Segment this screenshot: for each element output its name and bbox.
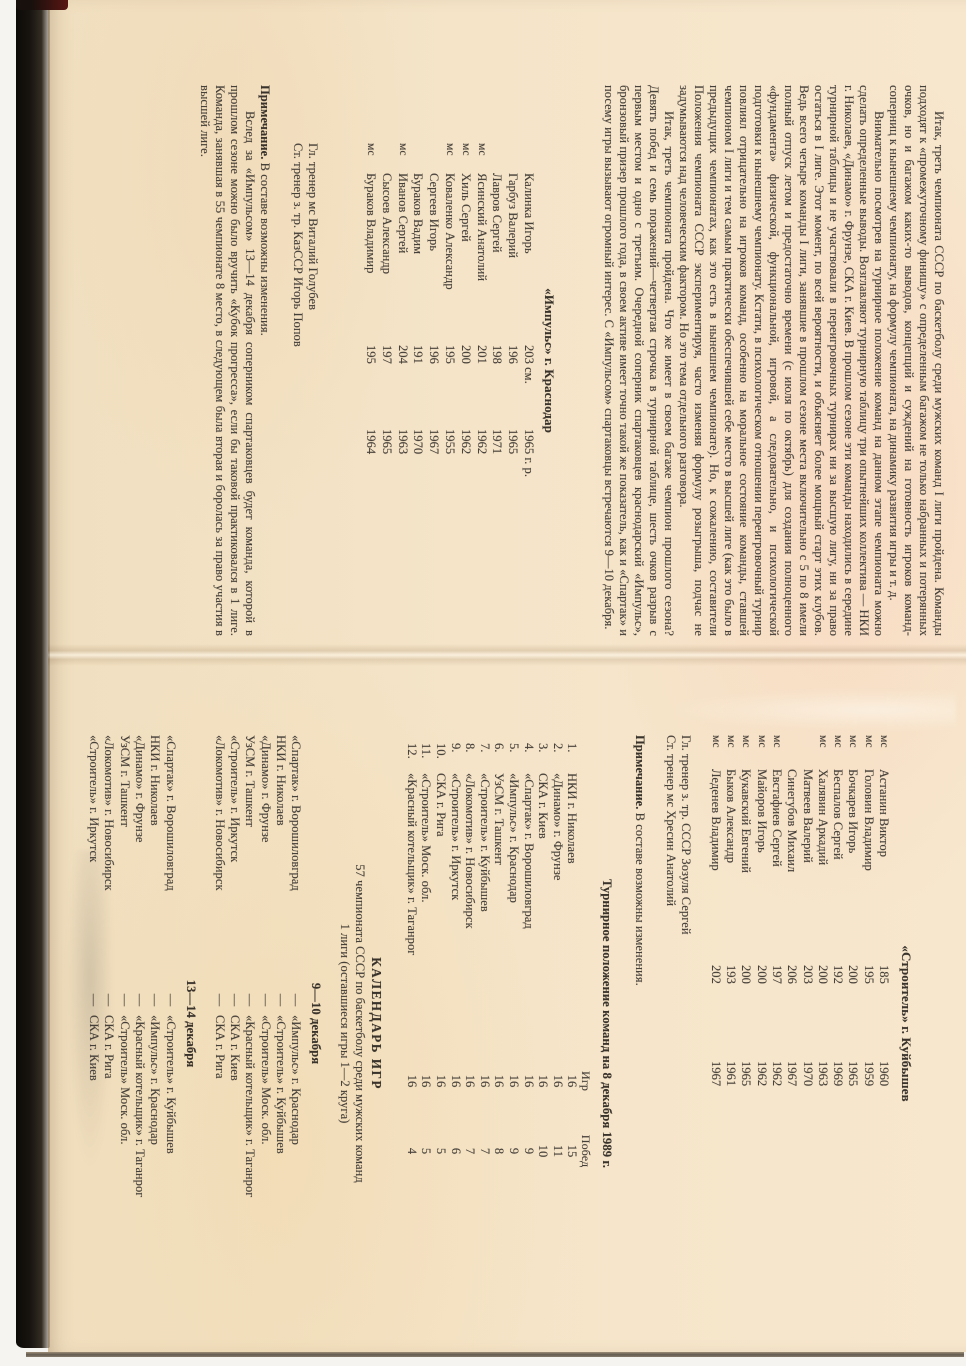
standings-position: 3.: [536, 743, 551, 773]
player-height: 200: [845, 965, 860, 1061]
player-birth-year: 1965: [738, 1061, 753, 1171]
master-of-sport-mark: мс: [707, 735, 722, 769]
player-height: 195: [362, 345, 378, 429]
standings-games: 16: [536, 1050, 551, 1112]
standings-games: 16: [550, 1050, 565, 1112]
player-name: Бураков Вадим: [410, 173, 426, 345]
standings-position: 7.: [477, 743, 492, 773]
impuls-coaches: Гл. тренер мс Виталий Голубев Ст. тренер…: [290, 143, 320, 636]
player-birth-year: 1960: [876, 1061, 891, 1171]
player-birth-year: 1961: [723, 1061, 738, 1171]
standings-row: 2. «Динамо» г. Фрунзе 16 11: [550, 743, 565, 1312]
fixture-row: НКИ г. Николаев — «Импульс» г. Краснодар: [147, 735, 162, 1312]
fixture-away-team: «Импульс» г. Краснодар: [288, 1015, 303, 1312]
roster-row: Бураков Вадим 191 1970: [410, 143, 426, 636]
standings-row: 12. «Красный котельщик» г. Таганрог 16 4: [404, 743, 419, 1312]
player-birth-year: 1965: [378, 429, 394, 549]
roster-row: мс Ясинский Анатолий 201 1962: [473, 143, 489, 636]
scanned-document-view: Итак, треть чемпионата СССР по баскетбол…: [0, 0, 966, 1366]
standings-position: 2.: [550, 743, 565, 773]
player-height: 196: [425, 345, 441, 429]
standings-position: 10.: [434, 743, 449, 773]
player-birth-year: 1959: [860, 1061, 875, 1171]
roster-row: мс Халявин Аркадий 200 1963: [815, 735, 830, 1312]
player-name: Иванов Сергей: [394, 173, 410, 345]
fixture-row: «Локомотив» г. Новосибирск — СКА г. Рига: [101, 735, 116, 1312]
fixture-away-team: СКА г. Киев: [227, 1015, 242, 1312]
player-height: 197: [769, 965, 784, 1061]
standings-table: 1. НКИ г. Николаев 16 15 2. «Динамо» г. …: [404, 735, 579, 1312]
standings-position: 9.: [448, 743, 463, 773]
note-label: Примечание.: [258, 85, 272, 159]
standings-title: Турнирное положение команд на 8 декабря …: [599, 735, 614, 1312]
standings-position: 12.: [404, 743, 419, 773]
player-name: Быков Александр: [723, 769, 738, 965]
master-of-sport-mark: [489, 143, 505, 173]
roster-row: мс Хиль Сергей 200 1962: [457, 143, 473, 636]
master-of-sport-mark: [799, 735, 814, 769]
master-of-sport-mark: мс: [830, 735, 845, 769]
player-birth-year: 1965 г. р.: [520, 429, 536, 549]
fixture-home-team: «Локомотив» г. Новосибирск: [101, 735, 116, 985]
player-birth-year: 1962: [753, 1061, 768, 1171]
assistant-coach-line: Ст. тренер з. тр. КазССР Игорь Попов: [290, 143, 305, 636]
standings-position: 11.: [419, 743, 434, 773]
fixture-home-team: «Спартак» г. Ворошиловград: [162, 735, 177, 985]
fixture-home-team: УзСМ г. Ташкент: [116, 735, 131, 985]
fixture-row: «Динамо» г. Фрунзе — «Строитель» Моск. о…: [257, 735, 272, 1312]
note-label: Примечание.: [633, 735, 647, 809]
player-height: 204: [394, 345, 410, 429]
player-height: 196: [504, 345, 520, 429]
fixture-home-team: «Динамо» г. Фрунзе: [257, 735, 272, 985]
master-of-sport-mark: [378, 143, 394, 173]
impuls-team-header: «Импульс» г. Краснодар: [542, 85, 557, 636]
standings-games: 16: [506, 1050, 521, 1112]
roster-row: мс Бочкарев Игорь 200 1965: [845, 735, 860, 1312]
player-birth-year: 1963: [815, 1061, 830, 1171]
fixture-separator: —: [212, 985, 227, 1015]
rotated-scan-canvas: Итак, треть чемпионата СССР по баскетбол…: [0, 0, 966, 1366]
standings-games: 16: [419, 1050, 434, 1112]
master-of-sport-mark: [504, 143, 520, 173]
fixture-away-team: «Красный котельщик» г. Таганрог: [242, 1015, 257, 1312]
player-name: Сергеев Игорь: [425, 173, 441, 345]
roster-row: мс Кукавский Евгений 200 1965: [738, 735, 753, 1312]
master-of-sport-mark: мс: [753, 735, 768, 769]
note-text: В составе возможны изменения.: [633, 809, 647, 985]
fixture-home-team: «Локомотив» г. Новосибирск: [212, 735, 227, 985]
intro-paragraph-3: Итак, треть чемпионата пройдена. Что же …: [601, 85, 676, 636]
fixture-away-team: «Строитель» г. Куйбышев: [273, 1015, 288, 1312]
standings-games: 16: [565, 1050, 580, 1112]
player-height: 191: [410, 345, 426, 429]
note-line: Примечание. В составе возможны изменения…: [632, 735, 647, 1312]
roster-row: Гарбуз Валерий 196 1965: [504, 143, 520, 636]
roster-row: мс Бураков Владимир 195 1964: [362, 143, 378, 636]
fixture-row: УзСМ г. Ташкент — «Красный котельщик» г.…: [242, 735, 257, 1312]
player-height: 195: [441, 345, 457, 429]
standings-games: 16: [492, 1050, 507, 1112]
master-of-sport-mark: мс: [769, 735, 784, 769]
standings-row: 8. «Локомотив» г. Новосибирск 16 7: [463, 743, 478, 1312]
standings-row: 7. «Строитель» г. Куйбышев 16 7: [477, 743, 492, 1312]
spacer: [579, 743, 593, 773]
standings-position: 5.: [506, 743, 521, 773]
player-name: Матвеев Валерий: [799, 769, 814, 965]
master-of-sport-mark: [784, 735, 799, 769]
player-name: Евстафиев Сергей: [769, 769, 784, 965]
fixture-row: УзСМ г. Ташкент — «Строитель» Моск. обл.: [116, 735, 131, 1312]
player-name: Беспалов Сергей: [830, 769, 845, 965]
roster-row: Лавров Сергей 198 1971: [489, 143, 505, 636]
standings-wins: 11: [550, 1112, 565, 1190]
fixture-row: «Спартак» г. Ворошиловград — «Строитель»…: [162, 735, 177, 1312]
player-birth-year: 1962: [769, 1061, 784, 1171]
player-height: 203: [799, 965, 814, 1061]
player-height: 201: [473, 345, 489, 429]
fixture-away-team: СКА г. Рига: [212, 1015, 227, 1312]
fixture-home-team: «Динамо» г. Фрунзе: [132, 735, 147, 985]
roster-row: мс Евстафиев Сергей 197 1962: [769, 735, 784, 1312]
booklet-left-page: Итак, треть чемпионата СССР по баскетбол…: [48, 0, 966, 648]
roster-row: Матвеев Валерий 203 1970: [799, 735, 814, 1312]
standings-team: СКА г. Рига: [434, 773, 449, 1050]
fixture-row: «Динамо» г. Фрунзе — «Красный котельщик»…: [132, 735, 147, 1312]
roster-row: Сысоев Александр 197 1965: [378, 143, 394, 636]
master-of-sport-mark: [520, 143, 536, 173]
player-name: Бочкарев Игорь: [845, 769, 860, 965]
roster-row: мс Беспалов Сергей 192 1969: [830, 735, 845, 1312]
fixture-away-team: «Строитель» Моск. обл.: [257, 1015, 272, 1312]
calendar-subtitle-1: 57 чемпионата СССР по баскетболу среди м…: [352, 735, 367, 1312]
standings-team: «Красный котельщик» г. Таганрог: [404, 773, 419, 1050]
fixture-separator: —: [162, 985, 177, 1015]
player-birth-year: 1962: [457, 429, 473, 549]
player-name: Майоров Игорь: [753, 769, 768, 965]
fixture-home-team: НКИ г. Николаев: [147, 735, 162, 985]
master-of-sport-mark: мс: [860, 735, 875, 769]
standings-team: «Локомотив» г. Новосибирск: [463, 773, 478, 1050]
player-birth-year: 1955: [441, 429, 457, 549]
fixture-home-team: НКИ г. Николаев: [273, 735, 288, 985]
games-column-header: Игр: [579, 1050, 593, 1112]
fixture-row: «Локомотив» г. Новосибирск — СКА г. Рига: [212, 735, 227, 1312]
fixture-home-team: УзСМ г. Ташкент: [242, 735, 257, 985]
stroitel-team-header: «Строитель» г. Куйбышев: [899, 735, 914, 1312]
stroitel-coaches: Гл. тренер з. тр. СССР Зозуля Сергей Ст.…: [663, 735, 693, 1312]
master-of-sport-mark: мс: [845, 735, 860, 769]
standings-team: «Спартак» г. Ворошиловград: [521, 773, 536, 1050]
standings-games: 16: [434, 1050, 449, 1112]
scanned-booklet-spread: Итак, треть чемпионата СССР по баскетбол…: [48, 0, 966, 1352]
master-of-sport-mark: мс: [362, 143, 378, 173]
closing-paragraph: Вслед за «Импульсом» 13—14 декабря сопер…: [197, 85, 257, 636]
scan-corner-mark: [16, 0, 68, 10]
standings-games: 16: [448, 1050, 463, 1112]
player-birth-year: 1967: [784, 1061, 799, 1171]
player-birth-year: 1970: [410, 429, 426, 549]
roster-row: мс Головин Владимир 195 1959: [860, 735, 875, 1312]
standings-wins: 4: [404, 1112, 419, 1190]
standings-position: 4.: [521, 743, 536, 773]
standings-wins: 7: [477, 1112, 492, 1190]
master-of-sport-mark: мс: [876, 735, 891, 769]
fixture-separator: —: [257, 985, 272, 1015]
fixtures-9-10-december: «Спартак» г. Ворошиловград — «Импульс» г…: [212, 735, 304, 1312]
player-birth-year: 1967: [425, 429, 441, 549]
fixture-separator: —: [116, 985, 131, 1015]
master-of-sport-mark: [410, 143, 426, 173]
player-name: Синегубов Михаил: [784, 769, 799, 965]
standings-wins: 10: [536, 1112, 551, 1190]
master-of-sport-mark: мс: [723, 735, 738, 769]
standings-team: «Строитель» г. Иркутск: [448, 773, 463, 1050]
fixture-away-team: «Строитель» Моск. обл.: [116, 1015, 131, 1312]
player-name: Астанин Виктор: [876, 769, 891, 965]
standings-column-headers: Игр Побед: [579, 743, 593, 1312]
standings-position: 6.: [492, 743, 507, 773]
standings-games: 16: [521, 1050, 536, 1112]
player-height: 195: [860, 965, 875, 1061]
fixture-separator: —: [132, 985, 147, 1015]
fixture-separator: —: [288, 985, 303, 1015]
standings-position: 1.: [565, 743, 580, 773]
player-height: 200: [457, 345, 473, 429]
player-height: 193: [723, 965, 738, 1061]
scan-page-edge-shadow-bottom: [16, 0, 50, 1348]
standings-row: 5. «Импульс» г. Краснодар 16 9: [506, 743, 521, 1312]
standings-row: 3. СКА г. Киев 16 10: [536, 743, 551, 1312]
booklet-right-page: «Строитель» г. Куйбышев мс Астанин Викто…: [48, 660, 966, 1352]
standings-position: 8.: [463, 743, 478, 773]
note-text: В составе возможны изменения.: [258, 159, 272, 335]
fixture-row: «Строитель» г. Иркутск — СКА г. Киев: [227, 735, 242, 1312]
standings-team: НКИ г. Николаев: [565, 773, 580, 1050]
fixture-row: «Спартак» г. Ворошиловград — «Импульс» г…: [288, 735, 303, 1312]
standings-row: 9. «Строитель» г. Иркутск 16 6: [448, 743, 463, 1312]
standings-games: 16: [404, 1050, 419, 1112]
head-coach-line: Гл. тренер мс Виталий Голубев: [305, 143, 320, 636]
standings-wins: 9: [506, 1112, 521, 1190]
roster-row: мс Астанин Виктор 185 1960: [876, 735, 891, 1312]
fixture-away-team: СКА г. Рига: [101, 1015, 116, 1312]
standings-row: 10. СКА г. Рига 16 5: [434, 743, 449, 1312]
standings-wins: 5: [419, 1112, 434, 1190]
intro-paragraph-1: Итак, треть чемпионата СССР по баскетбол…: [886, 85, 946, 636]
player-birth-year: 1965: [845, 1061, 860, 1171]
standings-row: 4. «Спартак» г. Ворошиловград 16 9: [521, 743, 536, 1312]
fixture-row: НКИ г. Николаев — «Строитель» г. Куйбыше…: [273, 735, 288, 1312]
standings-games: 16: [463, 1050, 478, 1112]
standings-team: «Строитель» Моск. обл.: [419, 773, 434, 1050]
roster-row: мс Коваленко Александр 195 1955: [441, 143, 457, 636]
player-name: Халявин Аркадий: [815, 769, 830, 965]
player-height: 206: [784, 965, 799, 1061]
fixture-separator: —: [101, 985, 116, 1015]
player-birth-year: 1964: [362, 429, 378, 549]
player-height: 197: [378, 345, 394, 429]
player-height: 200: [738, 965, 753, 1061]
spacer: [579, 773, 593, 1050]
master-of-sport-mark: мс: [457, 143, 473, 173]
round-date-13-14: 13—14 декабря: [183, 735, 198, 1312]
fixture-separator: —: [242, 985, 257, 1015]
master-of-sport-mark: мс: [815, 735, 830, 769]
master-of-sport-mark: мс: [441, 143, 457, 173]
player-birth-year: 1967: [707, 1061, 722, 1171]
assistant-coach-line: Ст. тренер мс Хресин Анатолий: [663, 735, 678, 1312]
head-coach-line: Гл. тренер з. тр. СССР Зозуля Сергей: [678, 735, 693, 1312]
fixture-away-team: «Импульс» г. Краснодар: [147, 1015, 162, 1312]
standings-team: «Строитель» г. Куйбышев: [477, 773, 492, 1050]
roster-row: Синегубов Михаил 206 1967: [784, 735, 799, 1312]
player-name: Гарбуз Валерий: [504, 173, 520, 345]
standings-wins: 5: [434, 1112, 449, 1190]
player-height: 200: [815, 965, 830, 1061]
fixture-away-team: СКА г. Киев: [86, 1015, 101, 1312]
player-name: Хиль Сергей: [457, 173, 473, 345]
fixture-separator: —: [147, 985, 162, 1015]
standings-team: «Импульс» г. Краснодар: [506, 773, 521, 1050]
player-birth-year: 1970: [799, 1061, 814, 1171]
player-height: 202: [707, 965, 722, 1061]
roster-row: мс Майоров Игорь 200 1962: [753, 735, 768, 1312]
roster-row: мс Леденев Владимир 202 1967: [707, 735, 722, 1312]
fixture-away-team: «Строитель» г. Куйбышев: [162, 1015, 177, 1312]
player-birth-year: 1965: [504, 429, 520, 549]
player-birth-year: 1971: [489, 429, 505, 549]
note-line: Примечание. В составе возможны изменения…: [257, 85, 272, 636]
master-of-sport-mark: мс: [738, 735, 753, 769]
standings-wins: 6: [448, 1112, 463, 1190]
wins-column-header: Побед: [579, 1112, 593, 1190]
standings-row: 1. НКИ г. Николаев 16 15: [565, 743, 580, 1312]
fixtures-13-14-december: «Спартак» г. Ворошиловград — «Строитель»…: [86, 735, 178, 1312]
calendar-title: КАЛЕНДАРЬ ИГР: [369, 735, 384, 1312]
player-name: Бураков Владимир: [362, 173, 378, 345]
player-name: Сысоев Александр: [378, 173, 394, 345]
master-of-sport-mark: мс: [473, 143, 489, 173]
roster-row: мс Быков Александр 193 1961: [723, 735, 738, 1312]
player-name: Калинка Игорь: [520, 173, 536, 345]
standings-team: СКА г. Киев: [536, 773, 551, 1050]
player-birth-year: 1962: [473, 429, 489, 549]
stroitel-roster: мс Астанин Виктор 185 1960 мс Головин Вл…: [707, 735, 891, 1312]
calendar-subtitle-2: 1 лиги (оставшиеся игры 1—2 круга): [337, 735, 352, 1312]
player-name: Ясинский Анатолий: [473, 173, 489, 345]
player-height: 203 см.: [520, 345, 536, 429]
player-name: Лавров Сергей: [489, 173, 505, 345]
standings-wins: 7: [463, 1112, 478, 1190]
player-height: 200: [753, 965, 768, 1061]
roster-row: Сергеев Игорь 196 1967: [425, 143, 441, 636]
player-birth-year: 1963: [394, 429, 410, 549]
fixture-home-team: «Строитель» г. Иркутск: [86, 735, 101, 985]
fixture-separator: —: [86, 985, 101, 1015]
standings-wins: 8: [492, 1112, 507, 1190]
roster-row: Калинка Игорь 203 см. 1965 г. р.: [520, 143, 536, 636]
intro-paragraph-2: Внимательно посмотрев на турнирное полож…: [676, 85, 886, 636]
standings-wins: 15: [565, 1112, 580, 1190]
fixture-home-team: «Строитель» г. Иркутск: [227, 735, 242, 985]
standings-team: УзСМ г. Ташкент: [492, 773, 507, 1050]
roster-row: мс Иванов Сергей 204 1963: [394, 143, 410, 636]
standings-games: 16: [477, 1050, 492, 1112]
master-of-sport-mark: мс: [394, 143, 410, 173]
player-birth-year: 1969: [830, 1061, 845, 1171]
scan-page-edge-line-right: [26, 1352, 964, 1357]
player-name: Коваленко Александр: [441, 173, 457, 345]
player-height: 192: [830, 965, 845, 1061]
fixture-away-team: «Красный котельщик» г. Таганрог: [132, 1015, 147, 1312]
fixture-separator: —: [273, 985, 288, 1015]
round-date-9-10: 9—10 декабря: [308, 735, 323, 1312]
fixture-row: «Строитель» г. Иркутск — СКА г. Киев: [86, 735, 101, 1312]
fixture-separator: —: [227, 985, 242, 1015]
fixture-home-team: «Спартак» г. Ворошиловград: [288, 735, 303, 985]
standings-row: 11. «Строитель» Моск. обл. 16 5: [419, 743, 434, 1312]
impuls-roster: Калинка Игорь 203 см. 1965 г. р. Гарбуз …: [362, 85, 536, 636]
standings-wins: 9: [521, 1112, 536, 1190]
player-name: Головин Владимир: [860, 769, 875, 965]
standings-team: «Динамо» г. Фрунзе: [550, 773, 565, 1050]
master-of-sport-mark: [425, 143, 441, 173]
standings-row: 6. УзСМ г. Ташкент 16 8: [492, 743, 507, 1312]
player-height: 198: [489, 345, 505, 429]
player-height: 185: [876, 965, 891, 1061]
player-name: Леденев Владимир: [707, 769, 722, 965]
player-name: Кукавский Евгений: [738, 769, 753, 965]
